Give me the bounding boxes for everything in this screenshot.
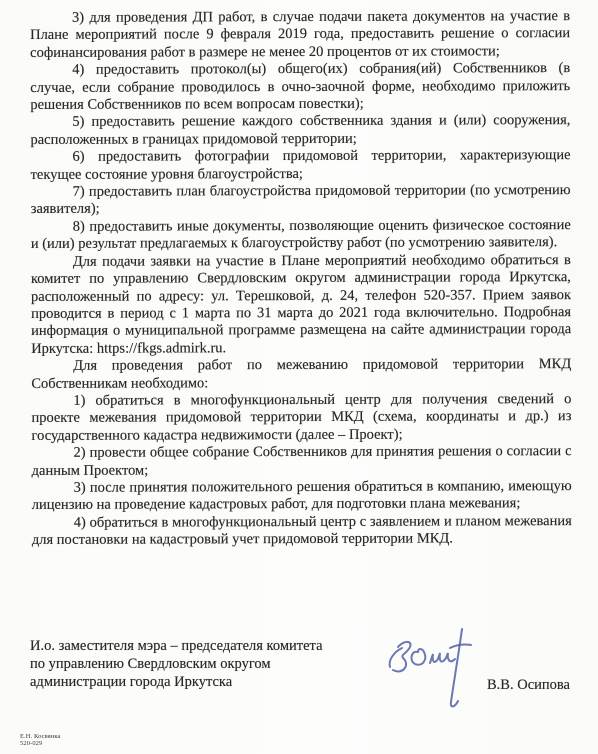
paragraph: Для проведения работ по межеванию придом… [31, 356, 571, 393]
text-block: 3) для проведения ДП работ, в случае под… [30, 8, 572, 549]
signatory-position-line: И.о. заместителя мэра – председателя ком… [30, 637, 570, 655]
handwritten-signature-icon [372, 626, 487, 721]
executor-name: Е.Н. Косвянка [20, 733, 61, 740]
paragraph: 4) предоставить протокол(ы) общего(их) с… [30, 60, 570, 114]
paragraph: 6) предоставить фотографии придомовой те… [30, 147, 570, 184]
signature-block: И.о. заместителя мэра – председателя ком… [30, 637, 570, 717]
signatory-name: В.В. Осипова [487, 677, 570, 694]
scanned-document-page: 3) для проведения ДП работ, в случае под… [0, 0, 598, 754]
executor-phone: 520-029 [20, 740, 61, 747]
document-content: 3) для проведения ДП работ, в случае под… [30, 8, 572, 549]
executor-footer: Е.Н. Косвянка 520-029 [20, 733, 61, 747]
paragraph: 3) для проведения ДП работ, в случае под… [30, 8, 570, 62]
paragraph: 2) провести общее собрание Собственников… [32, 443, 572, 480]
paragraph: 7) предоставить план благоустройства при… [31, 182, 571, 219]
paragraph: 5) предоставить решение каждого собствен… [30, 112, 570, 149]
signatory-position-line: по управлению Свердловским округом [30, 655, 570, 673]
paragraph: 4) обратиться в многофункциональный цент… [32, 513, 572, 550]
paragraph: Для подачи заявки на участие в Плане мер… [31, 252, 571, 358]
paragraph: 1) обратиться в многофункциональный цент… [31, 391, 571, 445]
paragraph: 3) после принятия положительного решения… [32, 478, 572, 515]
paragraph: 8) предоставить иные документы, позволяю… [31, 217, 571, 254]
